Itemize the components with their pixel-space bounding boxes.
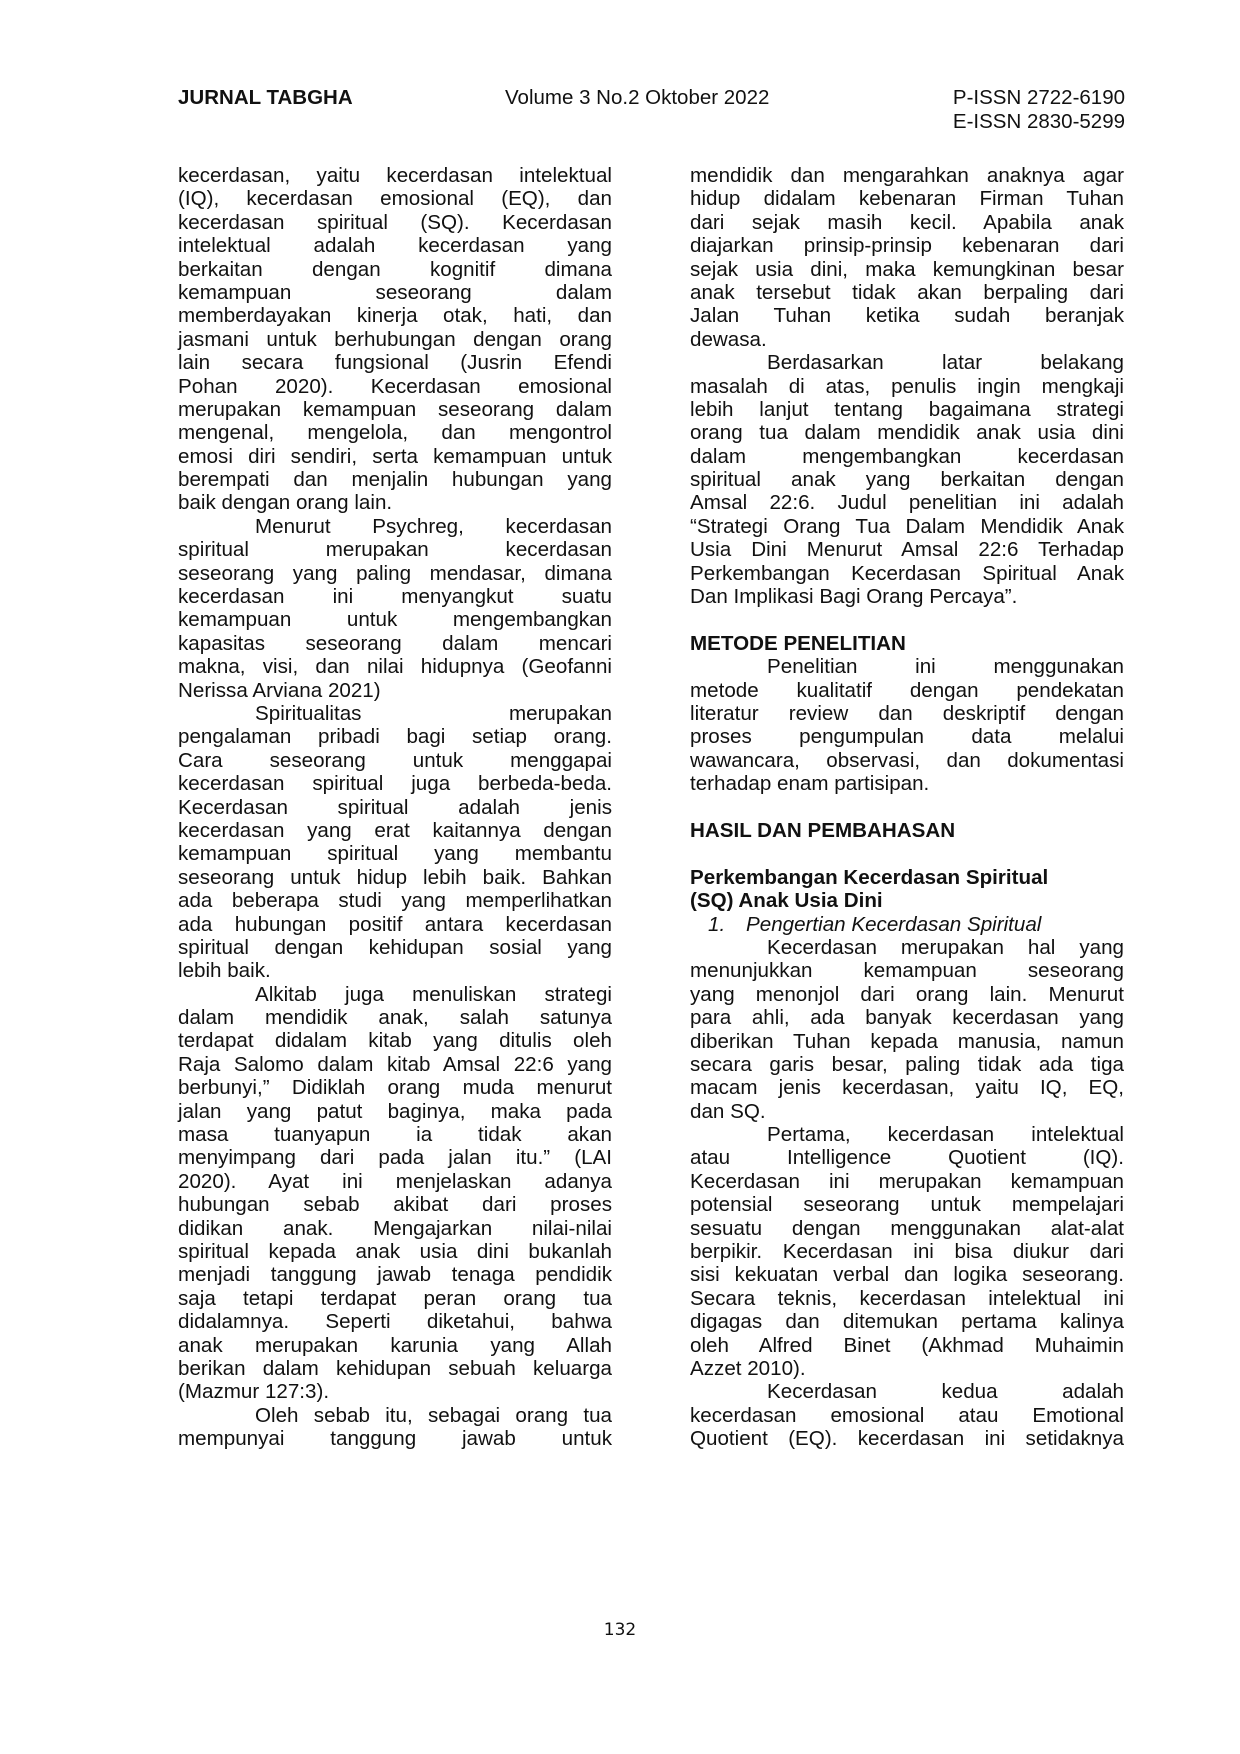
text-line: Quotient (EQ). kecerdasan ini setidaknya bbox=[690, 1427, 1124, 1450]
text-line: Usia Dini Menurut Amsal 22:6 Terhadap bbox=[690, 538, 1124, 561]
text-line: seseorang yang paling mendasar, dimana bbox=[178, 562, 612, 585]
text-line: Perkembangan Kecerdasan Spiritual Anak bbox=[690, 562, 1124, 585]
right-column: mendidik dan mengarahkan anaknya agarhid… bbox=[690, 164, 1124, 1451]
volume-info: Volume 3 No.2 Oktober 2022 bbox=[505, 86, 769, 110]
text-line: spiritual dengan kehidupan sosial yang bbox=[178, 936, 612, 959]
text-line: lebih lanjut tentang bagaimana strategi bbox=[690, 398, 1124, 421]
journal-name: JURNAL TABGHA bbox=[178, 86, 353, 110]
text-line: 2020). Ayat ini menjelaskan adanya bbox=[178, 1170, 612, 1193]
text-line: Azzet 2010). bbox=[690, 1357, 1124, 1380]
text-line: spiritual merupakan kecerdasan bbox=[178, 538, 612, 561]
text-line: kemampuan untuk mengembangkan bbox=[178, 608, 612, 631]
text-line: ada hubungan positif antara kecerdasan bbox=[178, 913, 612, 936]
text-line: dan SQ. bbox=[690, 1100, 1124, 1123]
text-line: dewasa. bbox=[690, 328, 1124, 351]
section-heading-method: METODE PENELITIAN bbox=[690, 632, 1124, 655]
text-line: dari sejak masih kecil. Apabila anak bbox=[690, 211, 1124, 234]
text-line: kecerdasan emosional atau Emotional bbox=[690, 1404, 1124, 1427]
text-line: merupakan kemampuan seseorang dalam bbox=[178, 398, 612, 421]
text-line: anak merupakan karunia yang Allah bbox=[178, 1334, 612, 1357]
text-line: Kecerdasan merupakan hal yang bbox=[690, 936, 1124, 959]
text-line: Penelitian ini menggunakan bbox=[690, 655, 1124, 678]
text-line: kecerdasan spiritual (SQ). Kecerdasan bbox=[178, 211, 612, 234]
text-line: Jalan Tuhan ketika sudah beranjak bbox=[690, 304, 1124, 327]
text-line: potensial seseorang untuk mempelajari bbox=[690, 1193, 1124, 1216]
text-line: Secara teknis, kecerdasan intelektual in… bbox=[690, 1287, 1124, 1310]
text-line: diajarkan prinsip-prinsip kebenaran dari bbox=[690, 234, 1124, 257]
text-line: masa tuanyapun ia tidak akan bbox=[178, 1123, 612, 1146]
text-line: “Strategi Orang Tua Dalam Mendidik Anak bbox=[690, 515, 1124, 538]
text-line: kemampuan seseorang dalam bbox=[178, 281, 612, 304]
text-line: oleh Alfred Binet (Akhmad Muhaimin bbox=[690, 1334, 1124, 1357]
text-line: diberikan Tuhan kepada manusia, namun bbox=[690, 1030, 1124, 1053]
text-line: mempunyai tanggung jawab untuk bbox=[178, 1427, 612, 1450]
text-line: menunjukkan kemampuan seseorang bbox=[690, 959, 1124, 982]
text-line: kecerdasan ini menyangkut suatu bbox=[178, 585, 612, 608]
text-line: Nerissa Arviana 2021) bbox=[178, 679, 612, 702]
list-label: Pengertian Kecerdasan Spiritual bbox=[746, 913, 1041, 936]
text-line: yang menonjol dari orang lain. Menurut bbox=[690, 983, 1124, 1006]
text-line: wawancara, observasi, dan dokumentasi bbox=[690, 749, 1124, 772]
text-line: memberdayakan kinerja otak, hati, dan bbox=[178, 304, 612, 327]
text-line: kecerdasan yang erat kaitannya dengan bbox=[178, 819, 612, 842]
text-line: Kecerdasan spiritual adalah jenis bbox=[178, 796, 612, 819]
text-line: lebih baik. bbox=[178, 959, 612, 982]
text-line: jasmani untuk berhubungan dengan orang bbox=[178, 328, 612, 351]
text-line: kemampuan spiritual yang membantu bbox=[178, 842, 612, 865]
text-line: atau Intelligence Quotient (IQ). bbox=[690, 1146, 1124, 1169]
text-line: Cara seseorang untuk menggapai bbox=[178, 749, 612, 772]
text-line: para ahli, ada banyak kecerdasan yang bbox=[690, 1006, 1124, 1029]
text-line: berempati dan menjalin hubungan yang bbox=[178, 468, 612, 491]
text-line: (Mazmur 127:3). bbox=[178, 1380, 612, 1403]
list-number: 1. bbox=[708, 913, 746, 936]
text-line: kecerdasan spiritual juga berbeda-beda. bbox=[178, 772, 612, 795]
text-line: Spiritualitas merupakan bbox=[178, 702, 612, 725]
text-line: intelektual adalah kecerdasan yang bbox=[178, 234, 612, 257]
left-column: kecerdasan, yaitu kecerdasan intelektual… bbox=[178, 164, 612, 1450]
spacer bbox=[690, 608, 1124, 631]
introduction-continued: mendidik dan mengarahkan anaknya agarhid… bbox=[690, 164, 1124, 608]
text-line: Oleh sebab itu, sebagai orang tua bbox=[178, 1404, 612, 1427]
text-line: didikan anak. Mengajarkan nilai-nilai bbox=[178, 1217, 612, 1240]
issn-block: P-ISSN 2722-6190 E-ISSN 2830-5299 bbox=[921, 86, 1125, 134]
text-line: anak tersebut tidak akan berpaling dari bbox=[690, 281, 1124, 304]
text-line: mengenal, mengelola, dan mengontrol bbox=[178, 421, 612, 444]
text-line: spiritual kepada anak usia dini bukanlah bbox=[178, 1240, 612, 1263]
text-line: Alkitab juga menuliskan strategi bbox=[178, 983, 612, 1006]
text-line: didalamnya. Seperti diketahui, bahwa bbox=[178, 1310, 612, 1333]
text-line: kapasitas seseorang dalam mencari bbox=[178, 632, 612, 655]
text-line: proses pengumpulan data melalui bbox=[690, 725, 1124, 748]
text-line: ada beberapa studi yang memperlihatkan bbox=[178, 889, 612, 912]
text-line: orang tua dalam mendidik anak usia dini bbox=[690, 421, 1124, 444]
text-line: makna, visi, dan nilai hidupnya (Geofann… bbox=[178, 655, 612, 678]
subsection-heading-line1: Perkembangan Kecerdasan Spiritual bbox=[690, 866, 1124, 889]
text-line: Kecerdasan ini merupakan kemampuan bbox=[690, 1170, 1124, 1193]
spacer bbox=[690, 842, 1124, 865]
text-line: berbunyi,” Didiklah orang muda menurut bbox=[178, 1076, 612, 1099]
text-line: dalam mengembangkan kecerdasan bbox=[690, 445, 1124, 468]
text-line: sisi kekuatan verbal dan logika seseoran… bbox=[690, 1263, 1124, 1286]
text-line: literatur review dan deskriptif dengan bbox=[690, 702, 1124, 725]
text-line: seseorang untuk hidup lebih baik. Bahkan bbox=[178, 866, 612, 889]
text-line: secara garis besar, paling tidak ada tig… bbox=[690, 1053, 1124, 1076]
text-line: dalam mendidik anak, salah satunya bbox=[178, 1006, 612, 1029]
text-line: Pertama, kecerdasan intelektual bbox=[690, 1123, 1124, 1146]
text-line: hubungan sebab akibat dari proses bbox=[178, 1193, 612, 1216]
method-body: Penelitian ini menggunakanmetode kualita… bbox=[690, 655, 1124, 795]
text-line: menjadi tanggung jawab tenaga pendidik bbox=[178, 1263, 612, 1286]
p-issn: P-ISSN 2722-6190 bbox=[921, 86, 1125, 110]
section-heading-results: HASIL DAN PEMBAHASAN bbox=[690, 819, 1124, 842]
subsection-heading-line2: (SQ) Anak Usia Dini bbox=[690, 889, 1124, 912]
e-issn: E-ISSN 2830-5299 bbox=[921, 110, 1125, 134]
text-line: sesuatu dengan menggunakan alat-alat bbox=[690, 1217, 1124, 1240]
text-line: lain secara fungsional (Jusrin Efendi bbox=[178, 351, 612, 374]
results-body: Kecerdasan merupakan hal yangmenunjukkan… bbox=[690, 936, 1124, 1451]
text-line: digagas dan ditemukan pertama kalinya bbox=[690, 1310, 1124, 1333]
text-line: jalan yang patut baginya, maka pada bbox=[178, 1100, 612, 1123]
text-line: baik dengan orang lain. bbox=[178, 491, 612, 514]
text-line: Menurut Psychreg, kecerdasan bbox=[178, 515, 612, 538]
text-line: berpikir. Kecerdasan ini bisa diukur dar… bbox=[690, 1240, 1124, 1263]
text-line: Berdasarkan latar belakang bbox=[690, 351, 1124, 374]
text-line: menyimpang dari pada jalan itu.” (LAI bbox=[178, 1146, 612, 1169]
text-line: masalah di atas, penulis ingin mengkaji bbox=[690, 375, 1124, 398]
text-line: terdapat didalam kitab yang ditulis oleh bbox=[178, 1029, 612, 1052]
text-line: kecerdasan, yaitu kecerdasan intelektual bbox=[178, 164, 612, 187]
text-line: emosi diri sendiri, serta kemampuan untu… bbox=[178, 445, 612, 468]
text-line: spiritual anak yang berkaitan dengan bbox=[690, 468, 1124, 491]
text-line: mendidik dan mengarahkan anaknya agar bbox=[690, 164, 1124, 187]
text-line: hidup didalam kebenaran Firman Tuhan bbox=[690, 187, 1124, 210]
text-line: berikan dalam kehidupan sebuah keluarga bbox=[178, 1357, 612, 1380]
text-line: terhadap enam partisipan. bbox=[690, 772, 1124, 795]
text-line: saja tetapi terdapat peran orang tua bbox=[178, 1287, 612, 1310]
text-line: sejak usia dini, maka kemungkinan besar bbox=[690, 258, 1124, 281]
text-line: (IQ), kecerdasan emosional (EQ), dan bbox=[178, 187, 612, 210]
numbered-subheading: 1.Pengertian Kecerdasan Spiritual bbox=[690, 913, 1124, 936]
text-line: metode kualitatif dengan pendekatan bbox=[690, 679, 1124, 702]
page-number: 132 bbox=[0, 1620, 1240, 1640]
text-line: berkaitan dengan kognitif dimana bbox=[178, 258, 612, 281]
text-line: Kecerdasan kedua adalah bbox=[690, 1380, 1124, 1403]
text-line: pengalaman pribadi bagi setiap orang. bbox=[178, 725, 612, 748]
text-line: Dan Implikasi Bagi Orang Percaya”. bbox=[690, 585, 1124, 608]
text-line: Amsal 22:6. Judul penelitian ini adalah bbox=[690, 491, 1124, 514]
subsection-heading: Perkembangan Kecerdasan Spiritual (SQ) A… bbox=[690, 866, 1124, 913]
text-line: macam jenis kecerdasan, yaitu IQ, EQ, bbox=[690, 1076, 1124, 1099]
spacer bbox=[690, 796, 1124, 819]
text-line: Raja Salomo dalam kitab Amsal 22:6 yang bbox=[178, 1053, 612, 1076]
text-line: Pohan 2020). Kecerdasan emosional bbox=[178, 375, 612, 398]
left-column-body: kecerdasan, yaitu kecerdasan intelektual… bbox=[178, 164, 612, 1450]
